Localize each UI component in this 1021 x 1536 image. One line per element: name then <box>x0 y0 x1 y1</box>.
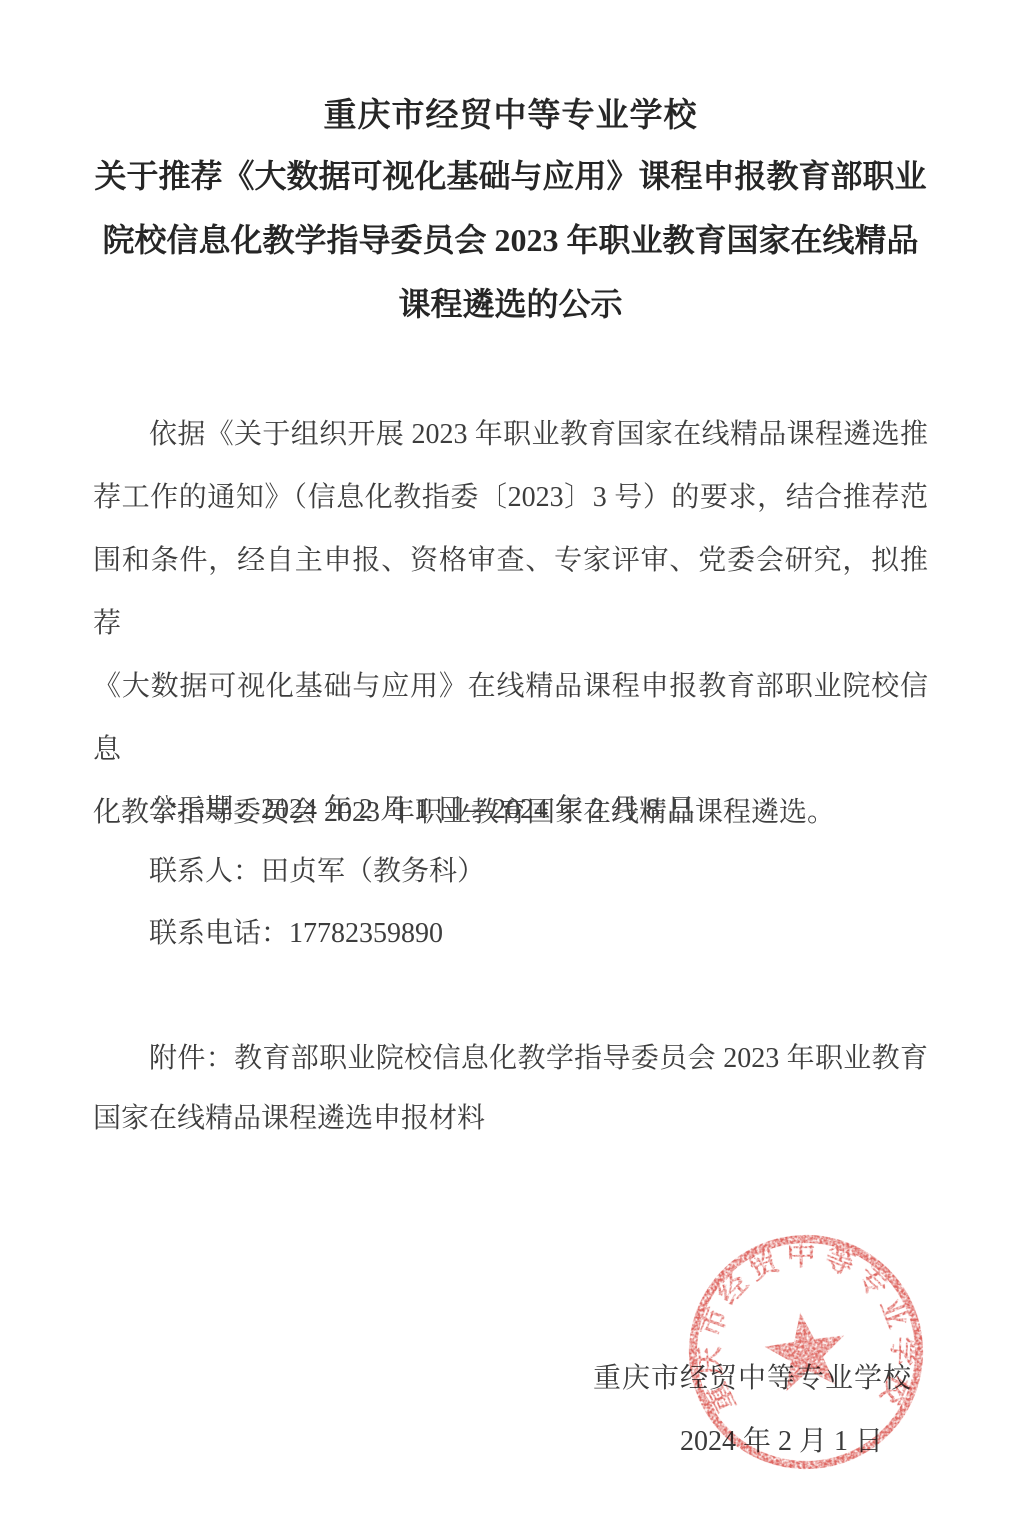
notice-title-line: 院校信息化教学指导委员会 2023 年职业教育国家在线精品 <box>45 208 976 272</box>
body-line: 围和条件，经自主申报、资格审查、专家评审、党委会研究，拟推荐 <box>93 529 928 655</box>
page-title: 重庆市经贸中等专业学校 <box>60 93 961 139</box>
body-line: 《大数据可视化基础与应用》在线精品课程申报教育部职业院校信息 <box>93 655 928 781</box>
contact-info: 公示期：2024 年 2 月 1 日—2024 年 2 月 8 日 联系人：田贞… <box>93 779 928 965</box>
body-line: 依据《关于组织开展 2023 年职业教育国家在线精品课程遴选推 <box>93 403 928 466</box>
attachment-line: 附件：教育部职业院校信息化教学指导委员会 2023 年职业教育 <box>93 1029 928 1089</box>
notice-title-line: 关于推荐《大数据可视化基础与应用》课程申报教育部职业 <box>45 144 976 208</box>
seal-arc-text: 重庆市经贸中等专业学校 <box>686 1233 923 1426</box>
scanned-notice-page: 重庆市经贸中等专业学校 关于推荐《大数据可视化基础与应用》课程申报教育部职业 院… <box>0 0 1021 1536</box>
notice-period-line: 公示期：2024 年 2 月 1 日—2024 年 2 月 8 日 <box>93 779 928 841</box>
body-line: 荐工作的通知》（信息化教指委〔2023〕3 号）的要求，结合推荐范 <box>93 466 928 529</box>
attachment-paragraph: 附件：教育部职业院校信息化教学指导委员会 2023 年职业教育 国家在线精品课程… <box>93 1029 928 1149</box>
seal-arc-text-container: 重庆市经贸中等专业学校 <box>686 1233 923 1426</box>
attachment-line: 国家在线精品课程遴选申报材料 <box>93 1089 928 1149</box>
signature-date: 2024 年 2 月 1 日 <box>680 1419 883 1459</box>
contact-phone-line: 联系电话：17782359890 <box>93 903 928 965</box>
notice-title-line: 课程遴选的公示 <box>45 272 976 336</box>
contact-person-line: 联系人：田贞军（教务科） <box>93 841 928 903</box>
signature-org: 重庆市经贸中等专业学校 <box>593 1356 912 1396</box>
notice-title: 关于推荐《大数据可视化基础与应用》课程申报教育部职业 院校信息化教学指导委员会 … <box>45 144 976 336</box>
body-paragraph: 依据《关于组织开展 2023 年职业教育国家在线精品课程遴选推 荐工作的通知》（… <box>93 403 928 844</box>
